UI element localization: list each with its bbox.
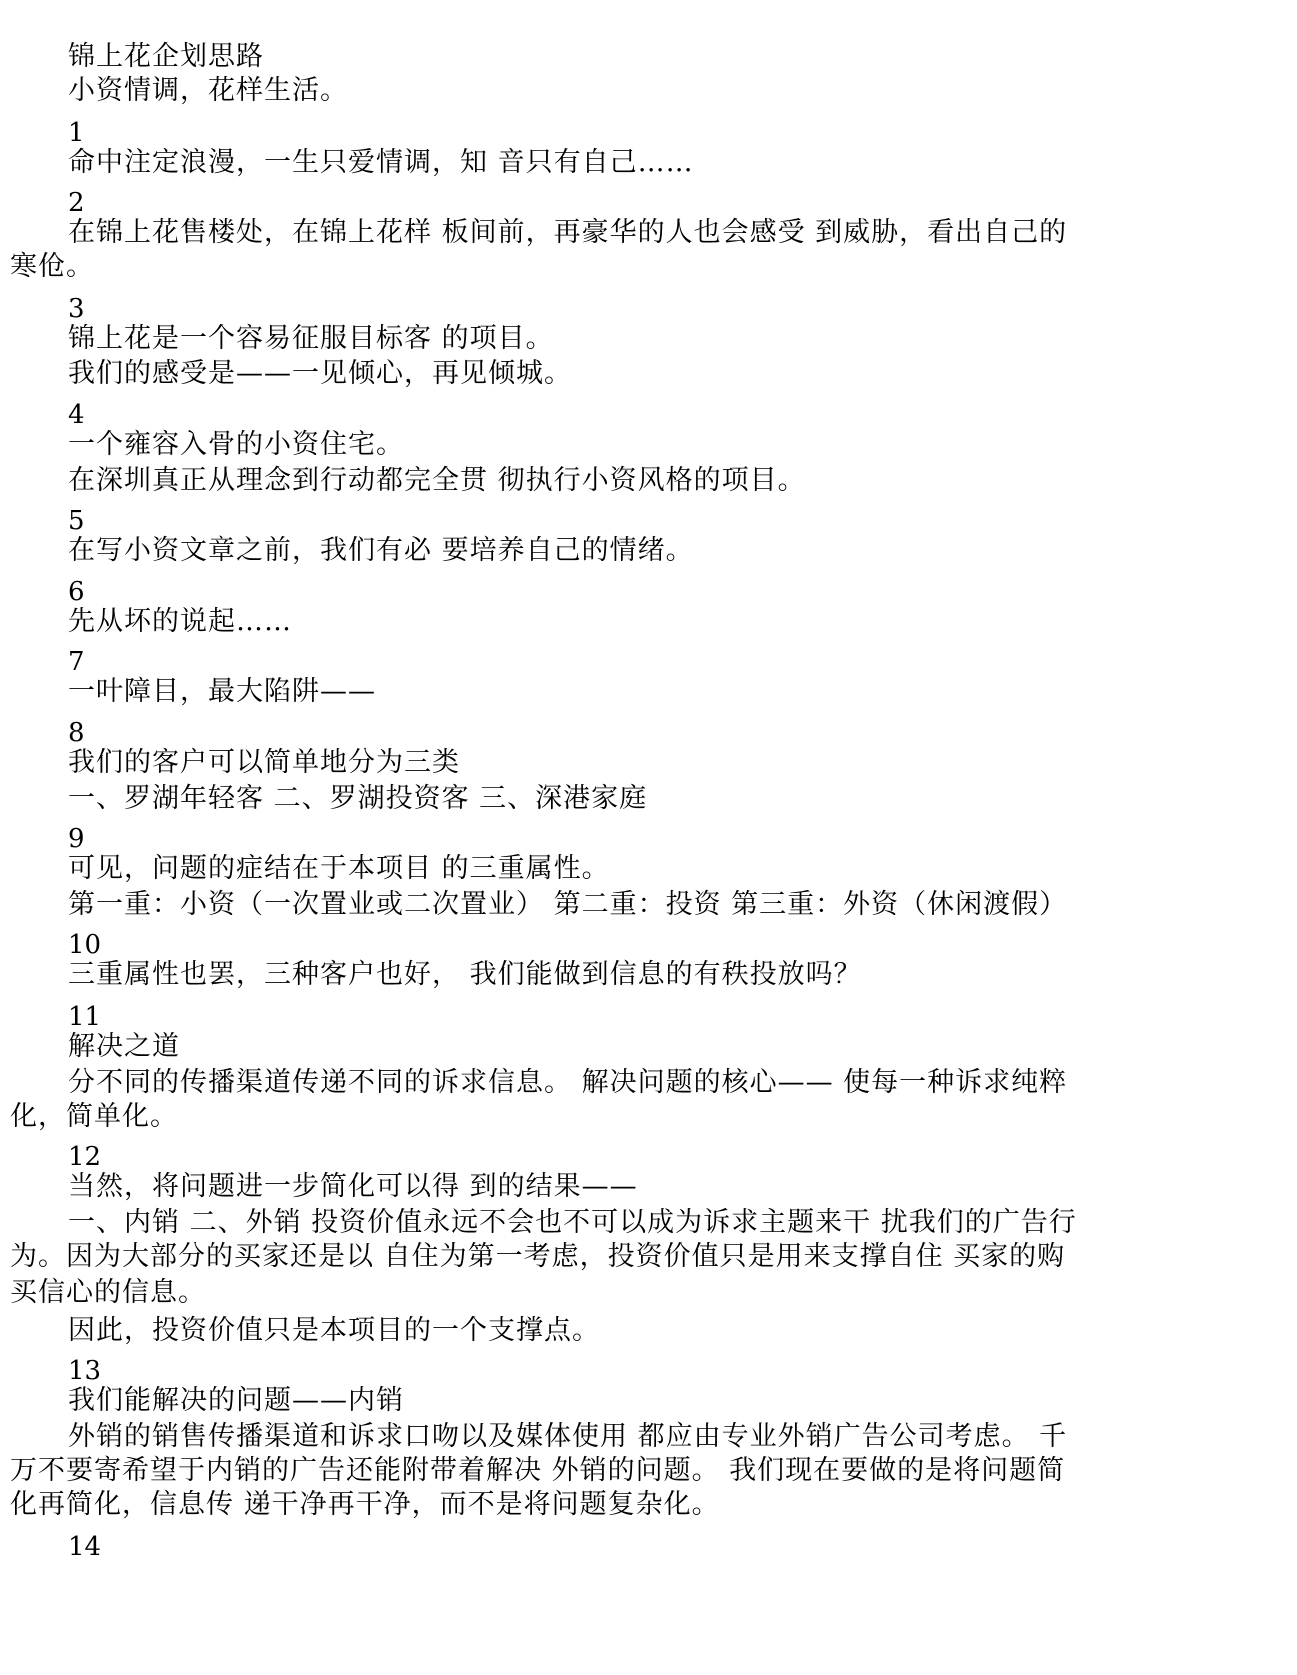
section-number: 13	[68, 1354, 101, 1388]
document-subtitle: 小资情调，花样生活。	[68, 74, 348, 108]
section-text-continued: 化再简化，信息传 递干净再干净，而不是将问题复杂化。	[10, 1488, 720, 1522]
section-text: 在锦上花售楼处，在锦上花样 板间前，再豪华的人也会感受 到威胁，看出自己的	[68, 216, 1067, 250]
section-text: 第一重：小资（一次置业或二次置业） 第二重：投资 第三重：外资（休闲渡假）	[68, 888, 1067, 922]
section-text: 分不同的传播渠道传递不同的诉求信息。 解决问题的核心—— 使每一种诉求纯粹	[68, 1066, 1067, 1100]
document-title: 锦上花企划思路	[68, 40, 264, 74]
section-number: 5	[68, 504, 85, 538]
section-text: 我们的感受是——一见倾心，再见倾城。	[68, 357, 572, 391]
section-text-continued: 寒伧。	[10, 250, 94, 284]
section-number: 4	[68, 398, 85, 432]
section-text: 命中注定浪漫，一生只爱情调，知 音只有自己……	[68, 146, 694, 180]
section-text: 一个雍容入骨的小资住宅。	[68, 428, 404, 462]
section-text-continued: 化，简单化。	[10, 1100, 178, 1134]
section-text: 在深圳真正从理念到行动都完全贯 彻执行小资风格的项目。	[68, 464, 806, 498]
section-number: 9	[68, 822, 85, 856]
section-text: 先从坏的说起……	[68, 605, 292, 639]
section-number: 2	[68, 186, 85, 220]
section-number: 1	[68, 116, 85, 150]
section-number: 7	[68, 645, 85, 679]
section-text: 一、罗湖年轻客 二、罗湖投资客 三、深港家庭	[68, 782, 647, 816]
section-text: 我们的客户可以简单地分为三类	[68, 746, 460, 780]
section-text-continued: 买信心的信息。	[10, 1276, 206, 1310]
section-number: 8	[68, 716, 85, 750]
section-heading: 解决之道	[68, 1030, 180, 1064]
section-text: 外销的销售传播渠道和诉求口吻以及媒体使用 都应由专业外销广告公司考虑。 千	[68, 1420, 1067, 1454]
section-number: 10	[68, 928, 101, 962]
section-text: 三重属性也罢，三种客户也好， 我们能做到信息的有秩投放吗？	[68, 958, 862, 992]
section-text-continued: 万不要寄希望于内销的广告还能附带着解决 外销的问题。 我们现在要做的是将问题简	[10, 1454, 1065, 1488]
section-number: 14	[68, 1530, 101, 1564]
section-text-continued: 为。因为大部分的买家还是以 自住为第一考虑，投资价值只是用来支撑自住 买家的购	[10, 1240, 1065, 1274]
section-text: 当然，将问题进一步简化可以得 到的结果——	[68, 1170, 638, 1204]
section-number: 12	[68, 1140, 101, 1174]
section-text: 一、内销 二、外销 投资价值永远不会也不可以成为诉求主题来干 扰我们的广告行	[68, 1206, 1077, 1240]
section-text: 因此，投资价值只是本项目的一个支撑点。	[68, 1314, 600, 1348]
section-text: 一叶障目，最大陷阱——	[68, 675, 376, 709]
section-text: 可见，问题的症结在于本项目 的三重属性。	[68, 852, 610, 886]
section-number: 11	[68, 1000, 101, 1034]
document-page: 锦上花企划思路 小资情调，花样生活。 1 命中注定浪漫，一生只爱情调，知 音只有…	[0, 0, 1297, 1675]
section-heading: 我们能解决的问题——内销	[68, 1384, 404, 1418]
section-number: 6	[68, 575, 85, 609]
section-number: 3	[68, 292, 85, 326]
section-text: 在写小资文章之前，我们有必 要培养自己的情绪。	[68, 534, 694, 568]
section-text: 锦上花是一个容易征服目标客 的项目。	[68, 322, 554, 356]
